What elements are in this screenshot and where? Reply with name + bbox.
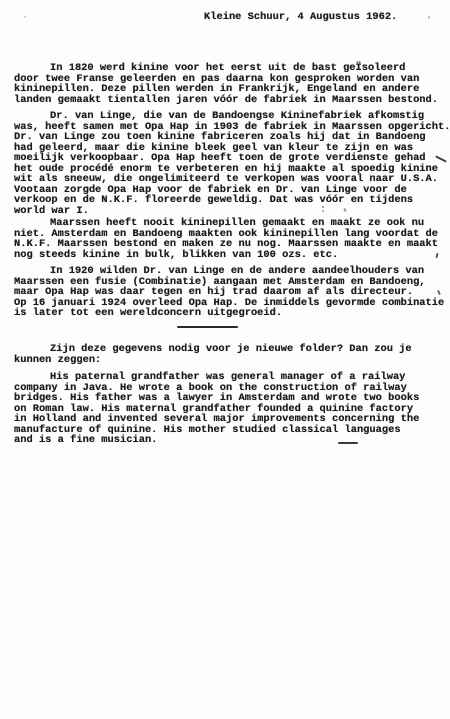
paragraph-factory-founding: Dr. van Linge, die van de Bandoengse Kin… xyxy=(14,111,450,216)
typewritten-letter-page: Kleine Schuur, 4 Augustus 1962. In 1820 … xyxy=(0,0,450,719)
paragraph-english-summary: His paternal grandfather was general man… xyxy=(14,372,419,446)
paragraph-maarssen-pills: Maarssen heeft nooit kininepillen gemaak… xyxy=(14,218,438,260)
paragraph-quinine-isolation: In 1820 werd kinine voor het eerst uit d… xyxy=(14,63,438,105)
paragraph-fusion-1920: In 1920 wilden Dr. van Linge en de ander… xyxy=(14,266,444,319)
stray-dot-mark xyxy=(322,210,324,212)
paper-speck xyxy=(428,16,430,19)
section-divider-rule xyxy=(177,326,238,328)
paragraph-folder-question: Zijn deze gegevens nodig voor je nieuwe … xyxy=(14,344,412,365)
stray-dot-mark xyxy=(322,206,324,208)
paper-speck xyxy=(24,16,26,18)
dateline: Kleine Schuur, 4 Augustus 1962. xyxy=(204,12,397,23)
stray-tick-mark xyxy=(436,253,439,258)
end-dash-mark xyxy=(338,442,358,444)
